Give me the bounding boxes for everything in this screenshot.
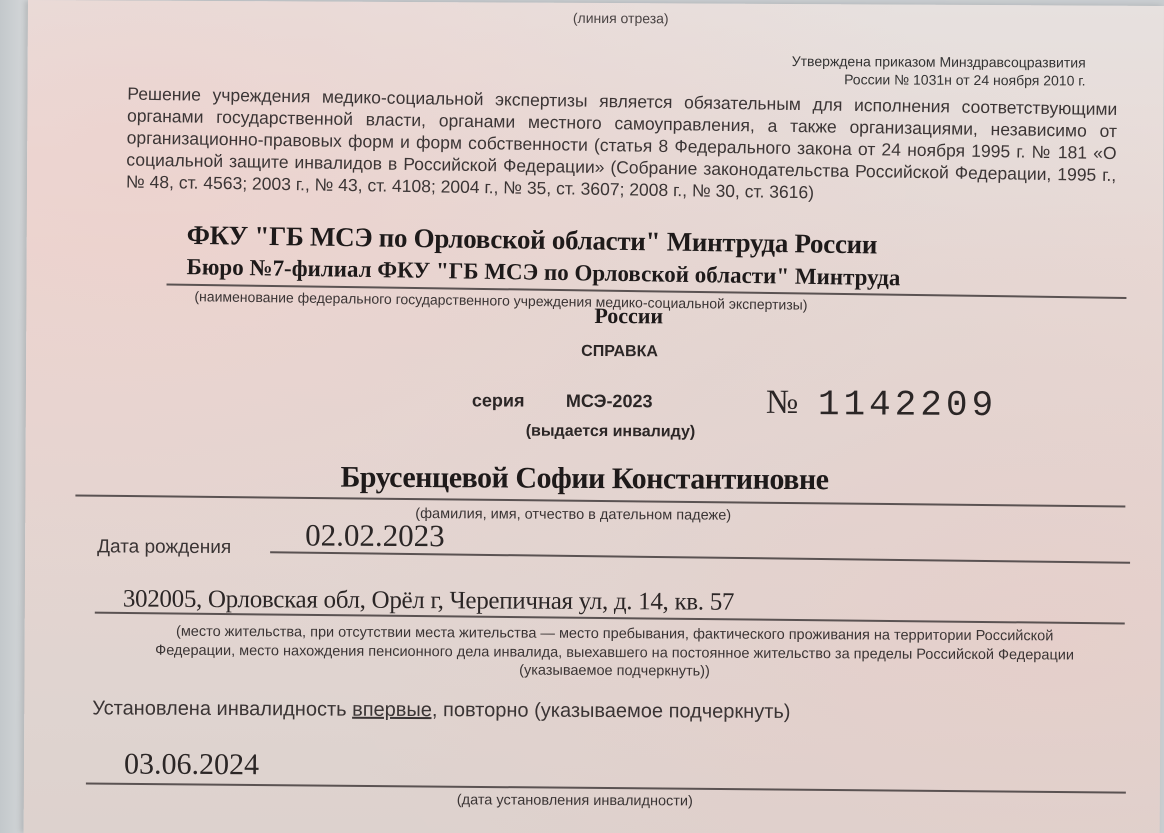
issued-to-note: (выдается инвалиду): [526, 423, 696, 442]
birth-date-label: Дата рождения: [97, 536, 231, 559]
number-sign: №: [766, 384, 799, 422]
organization-name: ФКУ "ГБ МСЭ по Орловской области" Минтру…: [187, 220, 878, 261]
disability-first-time-underlined: впервые,: [352, 699, 438, 721]
birth-date-underline: [270, 551, 1130, 563]
approval-line-1: Утверждена приказом Минздравсоцразвития: [792, 52, 1086, 72]
certificate-number: 1142209: [818, 384, 997, 426]
birth-date-value: 02.02.2023: [305, 517, 445, 554]
series-label: серия: [472, 390, 525, 411]
approval-line-2: России № 1031н от 24 ноября 2010 г.: [792, 70, 1086, 90]
established-date-caption: (дата установления инвалидности): [457, 792, 693, 809]
cut-line-label: (линия отреза): [573, 10, 669, 27]
disability-certificate: (линия отреза) Утверждена приказом Минзд…: [24, 0, 1164, 833]
address-caption: (место жительства, при отсутствии места …: [134, 623, 1094, 684]
disability-established-date: 03.06.2024: [124, 748, 259, 783]
recipient-name-caption: (фамилия, имя, отчество в дательном паде…: [415, 506, 731, 524]
bureau-name-continued: России: [594, 303, 663, 329]
series-value: МСЭ-2023: [566, 391, 653, 412]
document-title: СПРАВКА: [581, 343, 658, 361]
disability-status-suffix: повторно (указываемое подчеркнуть): [437, 699, 790, 723]
established-date-underline: [86, 782, 1126, 793]
disability-status-line: Установлена инвалидность впервые, повтор…: [92, 697, 790, 724]
recipient-name: Брусенцевой Софии Константиновне: [340, 461, 828, 498]
disability-status-prefix: Установлена инвалидность: [92, 697, 352, 720]
legal-notice: Решение учреждения медико-социальной экс…: [126, 83, 1118, 209]
approval-note: Утверждена приказом Минздравсоцразвития …: [792, 52, 1086, 90]
name-underline: [75, 495, 1125, 507]
